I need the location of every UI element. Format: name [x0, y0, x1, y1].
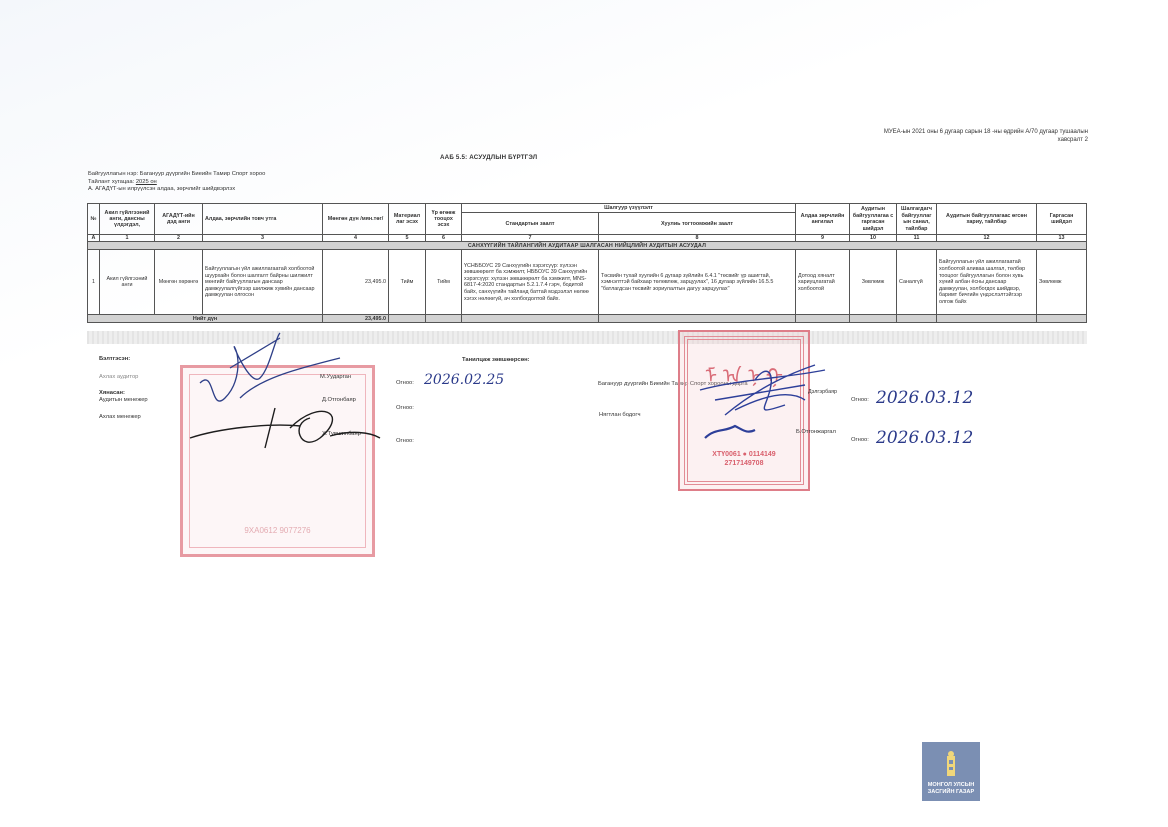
date-handwritten-1: 2026.02.25 — [424, 372, 504, 388]
col-cause: Алдаа зөрчлийн ангилал — [796, 204, 850, 235]
col-response: Аудитын байгууллагаас өгсөн хариу, тайлб… — [937, 204, 1037, 235]
cell-recurring: Тийм — [426, 250, 462, 315]
idx: 8 — [599, 235, 796, 242]
acquainted-label: Танилцаж зөвшөөрсөн: — [462, 357, 530, 363]
date-label-2: Огноо: — [396, 405, 414, 411]
col-class: АГАДҮТ-ийн дэд анги — [155, 204, 203, 235]
idx: 10 — [850, 235, 897, 242]
col-recurring: Үр өгөөж тооцох эсэх — [426, 204, 462, 235]
cell-material: Тийм — [389, 250, 426, 315]
right-seal-code: ХТҮ0061 ● 01141492717149708 — [680, 450, 808, 468]
total-amount: 23,495.0 — [323, 315, 389, 323]
cell-summary: Байгууллагын үйл ажиллагаатай холбоотой … — [203, 250, 323, 315]
total-label: Нийт дүн — [88, 315, 323, 323]
cell-entity-opinion: Саналгүй — [897, 250, 937, 315]
col-summary: Алдаа, зөрчлийн товч утга — [203, 204, 323, 235]
header-row-1: № Акил гүйлгээний анги, дансны үлдэгдэл,… — [88, 204, 1087, 213]
government-logo: МОНГОЛ УЛСЫНЗАСГИЙН ГАЗАР — [922, 742, 980, 801]
col-account: Акил гүйлгээний анги, дансны үлдэгдэл, — [100, 204, 155, 235]
col-audit-decision: Аудитын байгууллагаа с гаргасан шийдэл — [850, 204, 897, 235]
decree-line-1: МУЕА-ын 2021 оны 6 дугаар сарын 18 -ны ө… — [838, 128, 1088, 136]
cell-amount: 23,495.0 — [323, 250, 389, 315]
signature-scribbles-left — [180, 328, 380, 453]
cell-standard: ҮСНББОУС 29 Санхүүгийн хэрэгсүүр: хүлээн… — [462, 250, 599, 315]
org-label: Байгууллагын нэр: — [88, 171, 138, 177]
soyombo-emblem-icon — [944, 750, 958, 778]
cell-final: Зөвлөмж — [1037, 250, 1087, 315]
date-label-1: Огноо: — [396, 380, 414, 386]
date-label-5: Огноо: — [851, 437, 869, 443]
col-group-criteria: Шалгуур үзүүлэлт — [462, 204, 796, 213]
table-row: 1 Акил гүйлгээний анги Мөнгөн хөрөнгө Ба… — [88, 250, 1087, 315]
col-no: № — [88, 204, 100, 235]
idx: 2 — [155, 235, 203, 242]
reviewer2-role: Ахлах менежер — [99, 414, 141, 420]
section-note: А. АГАДҮТ-ын илрүүлсэн алдаа, зөрчлийг ш… — [88, 186, 265, 194]
logo-line-1: МОНГОЛ УЛСЫН — [922, 782, 980, 789]
total-row: Нийт дүн 23,495.0 — [88, 315, 1087, 323]
col-law: Хуулиь тогтоомжийн заалт — [599, 213, 796, 235]
idx: 1 — [100, 235, 155, 242]
decree-line-2: хавсралт 2 — [838, 136, 1088, 144]
reviewer1-role: Аудитын менежер — [99, 397, 148, 403]
col-amount: Мөнгөн дүн /мян.төг/ — [323, 204, 389, 235]
idx: А — [88, 235, 100, 242]
document-title: ААБ 5.5: АСУУДЛЫН БҮРТГЭЛ — [440, 154, 537, 161]
signature-scribbles-right — [695, 360, 835, 450]
idx: 9 — [796, 235, 850, 242]
date-label-4: Огноо: — [851, 397, 869, 403]
col-final: Гаргасан шийдэл — [1037, 204, 1087, 235]
org-name: Багануур дүүргийн Биеийн Тамир Спорт хор… — [140, 171, 266, 177]
cell-class: Мөнгөн хөрөнгө — [155, 250, 203, 315]
col-entity-opinion: Шалгагдагч байгууллаг ын санал, тайлбар — [897, 204, 937, 235]
cell-account: Акил гүйлгээний анги — [100, 250, 155, 315]
cell-no: 1 — [88, 250, 100, 315]
logo-line-2: ЗАСГИЙН ГАЗАР — [922, 789, 980, 796]
idx: 5 — [389, 235, 426, 242]
index-row: А 1 2 3 4 5 6 7 8 9 10 11 12 13 — [88, 235, 1087, 242]
idx: 3 — [203, 235, 323, 242]
section-row: САНХҮҮГИЙН ТАЙЛАНГИЙН АУДИТААР ШАЛГАСАН … — [88, 242, 1087, 250]
idx: 7 — [462, 235, 599, 242]
document-meta: Байгууллагын нэр: Багануур дүүргийн Биеи… — [88, 171, 265, 194]
date-handwritten-5: 2026.03.12 — [876, 428, 973, 448]
document-page: МУЕА-ын 2021 оны 6 дугаар сарын 18 -ны ө… — [0, 0, 1168, 827]
left-seal-code: 9ХА0612 9077276 — [183, 526, 372, 536]
accountant-role: Нягтлан бодогч — [599, 412, 641, 418]
col-standard: Стандартын заалт — [462, 213, 599, 235]
idx: 4 — [323, 235, 389, 242]
date-handwritten-4: 2026.03.12 — [876, 388, 973, 408]
idx: 13 — [1037, 235, 1087, 242]
prepared-role: Ахлах аудитор — [99, 374, 138, 380]
idx: 11 — [897, 235, 937, 242]
org-line: Байгууллагын нэр: Багануур дүүргийн Биеи… — [88, 171, 265, 179]
cell-law: Төсвийн тухай хуулийн 6 дугаар зүйлийн 6… — [599, 250, 796, 315]
issue-register-table: № Акил гүйлгээний анги, дансны үлдэгдэл,… — [87, 203, 1087, 323]
cell-audit-decision: Зөвлөмж — [850, 250, 897, 315]
col-material: Материал лаг эсэх — [389, 204, 426, 235]
prepared-label: Бэлтгэсэн: — [99, 356, 130, 362]
date-label-3: Огноо: — [396, 438, 414, 444]
idx: 12 — [937, 235, 1037, 242]
period-label: Тайлант хугацаа: — [88, 179, 134, 185]
idx: 6 — [426, 235, 462, 242]
section-title: САНХҮҮГИЙН ТАЙЛАНГИЙН АУДИТААР ШАЛГАСАН … — [88, 242, 1087, 250]
period-value: 2025 он — [136, 179, 157, 185]
decree-reference: МУЕА-ын 2021 оны 6 дугаар сарын 18 -ны ө… — [838, 128, 1088, 144]
reviewed-label: Хянасан: — [99, 390, 125, 396]
cell-cause: Дотоод хяналт хариуцлагатай холбоотой — [796, 250, 850, 315]
cell-response: Байгууллагын үйл ажиллагаатай холбоотой … — [937, 250, 1037, 315]
